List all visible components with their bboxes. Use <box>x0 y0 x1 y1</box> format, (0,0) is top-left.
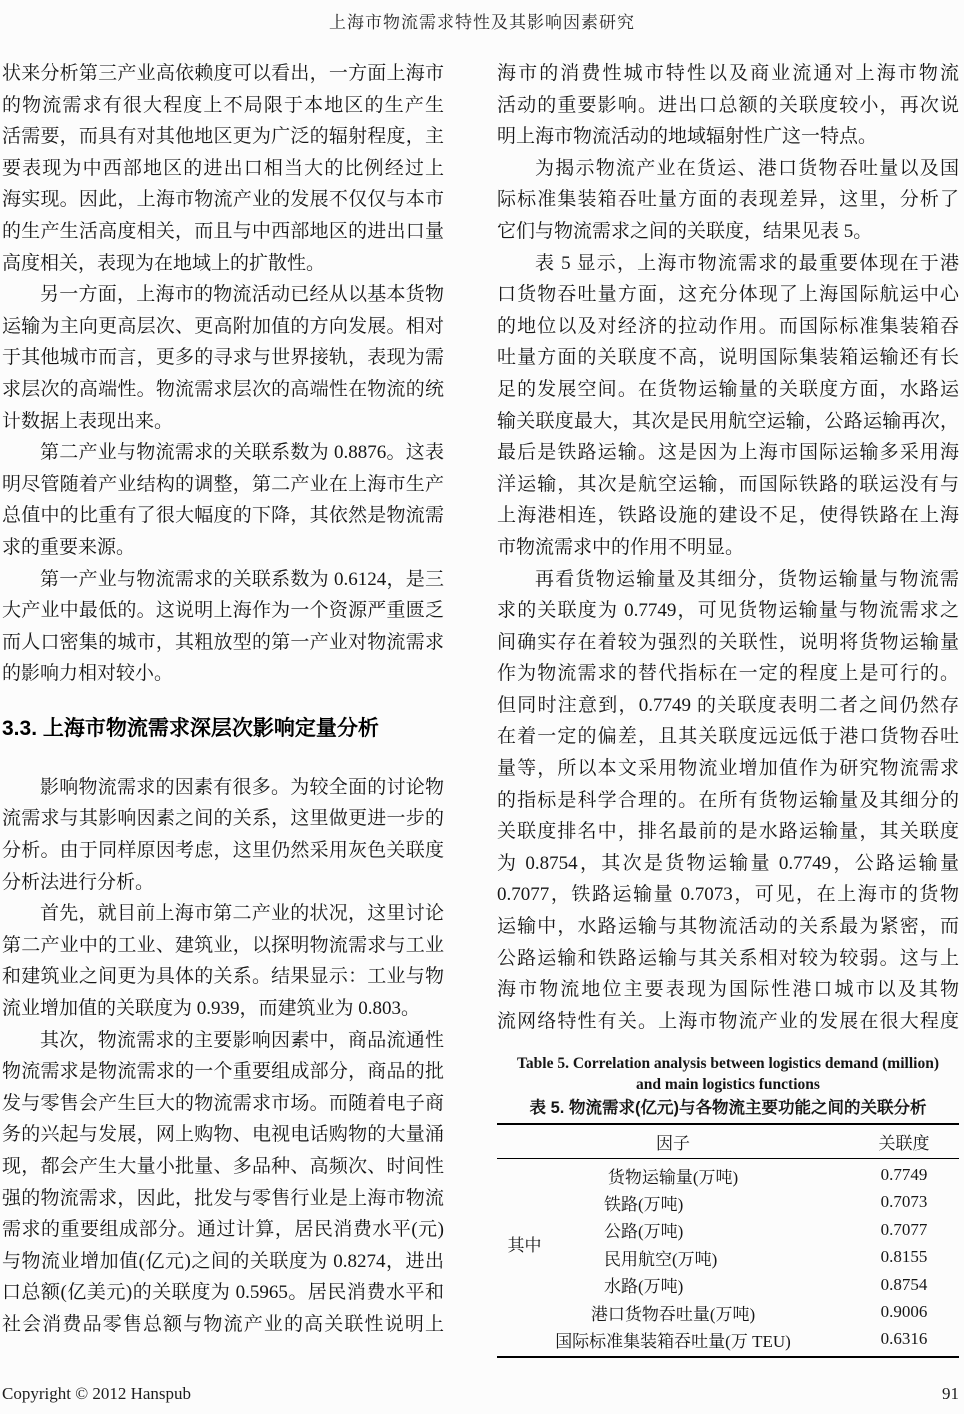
text-line: 关联度排名中，排名最前的是水路运输量，其关联度 <box>497 816 959 848</box>
text-line: 分析法进行分析。 <box>2 867 444 899</box>
text-line: 明尽管随着产业结构的调整，第二产业在上海市生产 <box>2 469 444 501</box>
text-line: 吐量方面的关联度不高，说明国际集装箱运输还有长 <box>497 342 959 374</box>
text-line: 明上海市物流活动的地域辐射性广这一特点。 <box>497 121 959 153</box>
factor-cell: 民用航空(万吨) <box>552 1245 849 1270</box>
text-line: 活需要，而具有对其他地区更为广泛的辐射程度，主 <box>2 121 444 153</box>
table-caption-en-line: and main logistics functions <box>497 1074 959 1095</box>
text-line: 的指标是科学合理的。在所有货物运输量及其细分的 <box>497 785 959 817</box>
text-line: 的地位以及对经济的拉动作用。而国际标准集装箱吞 <box>497 311 959 343</box>
text-line: 首先，就目前上海市第二产业的状况，这里讨论 <box>2 898 444 930</box>
text-line: 流网络特性有关。上海市物流产业的发展在很大程度 <box>497 1006 959 1038</box>
text-line: 和建筑业之间更为具体的关系。结果显示：工业与物 <box>2 961 444 993</box>
text-line: 强的物流需求，因此，批发与零售行业是上海市物流 <box>2 1183 444 1215</box>
table-caption-zh: 表 5. 物流需求(亿元)与各物流主要功能之间的关联分析 <box>497 1095 959 1121</box>
text-line: 足的发展空间。在货物运输量的关联度方面，水路运 <box>497 374 959 406</box>
text-line: 另一方面，上海市的物流活动已经从以基本货物 <box>2 279 444 311</box>
text-line: 的生产生活高度相关，而且与中西部地区的进出口量 <box>2 216 444 248</box>
factor-cell: 铁路(万吨) <box>552 1190 849 1215</box>
page-number: 91 <box>942 1384 959 1404</box>
text-line: 流需求与其影响因素之间的关系，这里做更进一步的 <box>2 803 444 835</box>
value-cell: 0.7749 <box>849 1165 959 1185</box>
paper-page: 上海市物流需求特性及其影响因素研究 状来分析第三产业高依赖度可以看出，一方面上海… <box>0 0 964 1414</box>
group-label: 其中 <box>497 1231 552 1256</box>
page-footer: Copyright © 2012 Hanspub 91 <box>2 1384 959 1404</box>
text-line: 求层次的高端性。物流需求层次的高端性在物流的统 <box>2 374 444 406</box>
text-line: 运输为主向更高层次、更高附加值的方向发展。相对 <box>2 311 444 343</box>
paragraph: 首先，就目前上海市第二产业的状况，这里讨论第二产业中的工业、建筑业，以探明物流需… <box>2 898 444 1024</box>
value-cell: 0.6316 <box>849 1329 959 1349</box>
factor-cell: 水路(万吨) <box>552 1272 849 1297</box>
table-header-row: 因子关联度 <box>497 1125 959 1159</box>
text-line: 高度相关，表现为在地域上的扩散性。 <box>2 248 444 280</box>
text-line: 的物流需求有很大程度上不局限于本地区的生产生 <box>2 90 444 122</box>
text-line: 影响物流需求的因素有很多。为较全面的讨论物 <box>2 772 444 804</box>
correlation-table: 因子关联度其中货物运输量(万吨)0.7749铁路(万吨)0.7073公路(万吨)… <box>497 1123 959 1358</box>
paragraph: 再看货物运输量及其细分，货物运输量与物流需求的关联度为 0.7749，可见货物运… <box>497 564 959 1038</box>
text-line: 求的关联度为 0.7749，可见货物运输量与物流需求之 <box>497 595 959 627</box>
text-line: 第一产业与物流需求的关联系数为 0.6124，是三 <box>2 564 444 596</box>
text-line: 分析。由于同样原因考虑，这里仍然采用灰色关联度 <box>2 835 444 867</box>
text-line: 海市物流地位主要表现为国际性港口城市以及其物 <box>497 974 959 1006</box>
text-line: 市物流需求中的作用不明显。 <box>497 532 959 564</box>
text-line: 发与零售会产生巨大的物流需求市场。而随着电子商 <box>2 1088 444 1120</box>
text-line: 状来分析第三产业高依赖度可以看出，一方面上海市 <box>2 58 444 90</box>
text-line: 最后是铁路运输。这是因为上海市国际运输多采用海 <box>497 437 959 469</box>
text-line: 公路运输和铁路运输与其关系相对较为较弱。这与上 <box>497 943 959 975</box>
table-caption: Table 5. Correlation analysis between lo… <box>497 1053 959 1121</box>
text-line: 需求的重要组成部分。通过计算，居民消费水平(元) <box>2 1214 444 1246</box>
copyright-notice: Copyright © 2012 Hanspub <box>2 1384 191 1404</box>
section-heading: 3.3. 上海市物流需求深层次影响定量分析 <box>2 712 444 746</box>
text-line: 其次，物流需求的主要影响因素中，商品流通性 <box>2 1025 444 1057</box>
text-line: 现，都会产生大量小批量、多品种、高频次、时间性 <box>2 1151 444 1183</box>
paragraph: 影响物流需求的因素有很多。为较全面的讨论物流需求与其影响因素之间的关系，这里做更… <box>2 772 444 898</box>
text-line: 大产业中最低的。这说明上海作为一个资源严重匮乏 <box>2 595 444 627</box>
text-line: 要表现为中西部地区的进出口相当大的比例经过上 <box>2 153 444 185</box>
text-line: 社会消费品零售总额与物流产业的高关联性说明上 <box>2 1309 444 1341</box>
left-column: 状来分析第三产业高依赖度可以看出，一方面上海市的物流需求有很大程度上不局限于本地… <box>2 58 444 1358</box>
text-line: 流业增加值的关联度为 0.939，而建筑业为 0.803。 <box>2 993 444 1025</box>
text-line: 活动的重要影响。进出口总额的关联度较小，再次说 <box>497 90 959 122</box>
factor-cell: 货物运输量(万吨) <box>497 1163 849 1188</box>
paragraph: 表 5 显示，上海市物流需求的最重要体现在于港口货物吞吐量方面，这充分体现了上海… <box>497 248 959 564</box>
value-cell: 0.7077 <box>849 1220 959 1240</box>
text-line: 第二产业中的工业、建筑业，以探明物流需求与工业 <box>2 930 444 962</box>
right-column: 海市的消费性城市特性以及商业流通对上海市物流活动的重要影响。进出口总额的关联度较… <box>497 58 959 1358</box>
text-line: 于其他城市而言，更多的寻求与世界接轨，表现为需 <box>2 342 444 374</box>
paragraph: 另一方面，上海市的物流活动已经从以基本货物运输为主向更高层次、更高附加值的方向发… <box>2 279 444 437</box>
factor-cell: 公路(万吨) <box>552 1217 849 1242</box>
text-line: 为 0.8754，其次是货物运输量 0.7749，公路运输量 <box>497 848 959 880</box>
text-line: 输关联度最大，其次是民用航空运输，公路运输再次， <box>497 406 959 438</box>
table-body: 其中货物运输量(万吨)0.7749铁路(万吨)0.7073公路(万吨)0.707… <box>497 1159 959 1356</box>
text-line: 上海港相连，铁路设施的建设不足，使得铁路在上海 <box>497 500 959 532</box>
text-line: 与物流业增加值(亿元)之间的关联度为 0.8274，进出 <box>2 1246 444 1278</box>
two-column-body: 状来分析第三产业高依赖度可以看出，一方面上海市的物流需求有很大程度上不局限于本地… <box>2 58 959 1358</box>
text-line: 计数据上表现出来。 <box>2 406 444 438</box>
text-line: 0.7077，铁路运输量 0.7073，可见，在上海市的货物 <box>497 879 959 911</box>
text-line: 表 5 显示，上海市物流需求的最重要体现在于港 <box>497 248 959 280</box>
running-title: 上海市物流需求特性及其影响因素研究 <box>0 8 964 33</box>
text-line: 际标准集装箱吞吐量方面的表现差异，这里，分析了 <box>497 184 959 216</box>
paragraph: 其次，物流需求的主要影响因素中，商品流通性物流需求是物流需求的一个重要组成部分，… <box>2 1025 444 1341</box>
text-line: 量等，所以本文采用物流业增加值作为研究物流需求 <box>497 753 959 785</box>
value-cell: 0.8754 <box>849 1275 959 1295</box>
paragraph: 为揭示物流产业在货运、港口货物吞吐量以及国际标准集装箱吞吐量方面的表现差异，这里… <box>497 153 959 248</box>
text-line: 的影响力相对较小。 <box>2 658 444 690</box>
table5-block: Table 5. Correlation analysis between lo… <box>497 1053 959 1358</box>
value-cell: 0.7073 <box>849 1192 959 1212</box>
factor-cell: 国际标准集装箱吞吐量(万 TEU) <box>497 1327 849 1352</box>
value-cell: 0.8155 <box>849 1247 959 1267</box>
text-line: 口货物吞吐量方面，这充分体现了上海国际航运中心 <box>497 279 959 311</box>
text-line: 海实现。因此，上海市物流产业的发展不仅仅与本市 <box>2 184 444 216</box>
text-line: 务的兴起与发展，网上购物、电视电话购物的大量涌 <box>2 1119 444 1151</box>
text-line: 它们与物流需求之间的关联度，结果见表 5。 <box>497 216 959 248</box>
text-line: 口总额(亿美元)的关联度为 0.5965。居民消费水平和 <box>2 1277 444 1309</box>
factor-cell: 港口货物吞吐量(万吨) <box>497 1300 849 1325</box>
factor-column-header: 因子 <box>497 1129 849 1154</box>
text-line: 为揭示物流产业在货运、港口货物吞吐量以及国 <box>497 153 959 185</box>
value-column-header: 关联度 <box>849 1129 959 1154</box>
paragraph: 第一产业与物流需求的关联系数为 0.6124，是三大产业中最低的。这说明上海作为… <box>2 564 444 690</box>
text-line: 间确实存在着较为强烈的关联性，说明将货物运输量 <box>497 627 959 659</box>
text-line: 求的重要来源。 <box>2 532 444 564</box>
text-line: 洋运输，其次是航空运输，而国际铁路的联运没有与 <box>497 469 959 501</box>
paragraph: 状来分析第三产业高依赖度可以看出，一方面上海市的物流需求有很大程度上不局限于本地… <box>2 58 444 279</box>
paragraph: 第二产业与物流需求的关联系数为 0.8876。这表明尽管随着产业结构的调整，第二… <box>2 437 444 563</box>
text-line: 第二产业与物流需求的关联系数为 0.8876。这表 <box>2 437 444 469</box>
paragraph: 海市的消费性城市特性以及商业流通对上海市物流活动的重要影响。进出口总额的关联度较… <box>497 58 959 153</box>
text-line: 运输中，水路运输与其物流活动的关系最为紧密，而 <box>497 911 959 943</box>
text-line: 而人口密集的城市，其粗放型的第一产业对物流需求 <box>2 627 444 659</box>
text-line: 物流需求是物流需求的一个重要组成部分，商品的批 <box>2 1056 444 1088</box>
text-line: 总值中的比重有了很大幅度的下降，其依然是物流需 <box>2 500 444 532</box>
text-line: 再看货物运输量及其细分，货物运输量与物流需 <box>497 564 959 596</box>
text-line: 但同时注意到，0.7749 的关联度表明二者之间仍然存 <box>497 690 959 722</box>
text-line: 海市的消费性城市特性以及商业流通对上海市物流 <box>497 58 959 90</box>
text-line: 作为物流需求的替代指标在一定的程度上是可行的。 <box>497 658 959 690</box>
value-cell: 0.9006 <box>849 1302 959 1322</box>
text-line: 在着一定的偏差，且其关联度远远低于港口货物吞吐 <box>497 721 959 753</box>
table-caption-en-line: Table 5. Correlation analysis between lo… <box>497 1053 959 1074</box>
